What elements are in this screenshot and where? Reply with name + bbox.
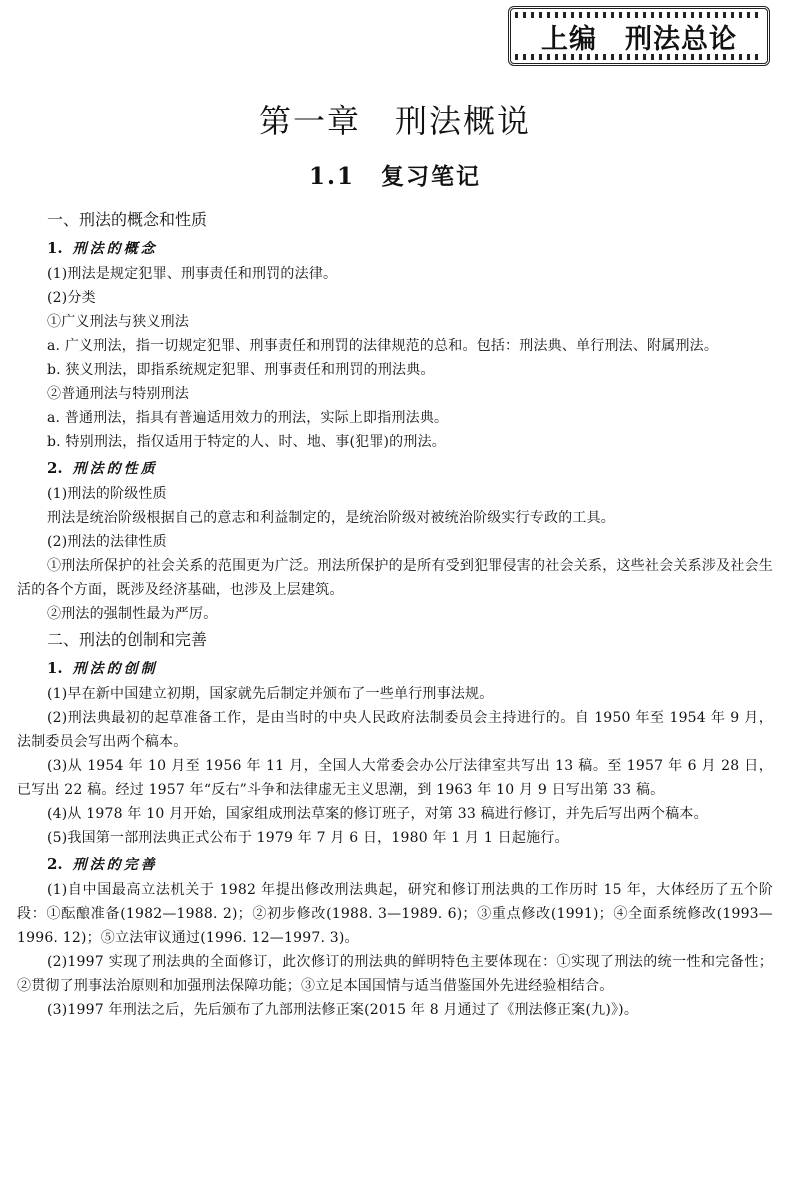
paragraph: 刑法是统治阶级根据自己的意志和利益制定的，是统治阶级对被统治阶级实行专政的工具。 <box>17 506 773 530</box>
paragraph: (1)刑法是规定犯罪、刑事责任和刑罚的法律。 <box>17 262 773 286</box>
subheading-creation: 1.刑法的创制 <box>17 654 773 682</box>
paragraph: (1)刑法的阶级性质 <box>17 482 773 506</box>
subheading-concept: 1.刑法的概念 <box>17 234 773 262</box>
subheading-label: 刑法的完善 <box>73 857 158 873</box>
paragraph: (2)1997 实现了刑法典的全面修订，此次修订的刑法典的鲜明特色主要体现在：①… <box>17 950 773 998</box>
subheading-label: 刑法的概念 <box>73 241 158 257</box>
subheading-number: 1. <box>47 659 63 677</box>
heading-concept-nature: 一、刑法的概念和性质 <box>17 206 773 234</box>
paragraph: ①广义刑法与狭义刑法 <box>17 310 773 334</box>
subheading-number: 2. <box>47 459 63 477</box>
chapter-title: 第一章刑法概说 <box>0 96 790 142</box>
chapter-label: 第一章 <box>259 102 361 140</box>
subheading-label: 刑法的性质 <box>73 461 158 477</box>
paragraph: a. 普通刑法，指具有普遍适用效力的刑法，实际上即指刑法典。 <box>17 406 773 430</box>
heading-creation-improvement: 二、刑法的创制和完善 <box>17 626 773 654</box>
paragraph: (4)从 1978 年 10 月开始，国家组成刑法草案的修订班子，对第 33 稿… <box>17 802 773 826</box>
document-body: 一、刑法的概念和性质 1.刑法的概念 (1)刑法是规定犯罪、刑事责任和刑罚的法律… <box>17 206 773 1022</box>
paragraph: (5)我国第一部刑法典正式公布于 1979 年 7 月 6 日，1980 年 1… <box>17 826 773 850</box>
paragraph: (1)早在新中国建立初期，国家就先后制定并颁布了一些单行刑事法规。 <box>17 682 773 706</box>
paragraph: (2)分类 <box>17 286 773 310</box>
paragraph: (3)从 1954 年 10 月至 1956 年 11 月，全国人大常委会办公厅… <box>17 754 773 802</box>
section-name: 复习笔记 <box>381 163 481 190</box>
part-title: 刑法总论 <box>625 24 737 55</box>
paragraph: a. 广义刑法，指一切规定犯罪、刑事责任和刑罚的法律规范的总和。包括：刑法典、单… <box>17 334 773 358</box>
subheading-number: 1. <box>47 239 63 257</box>
chapter-name: 刑法概说 <box>395 102 531 140</box>
paragraph: (2)刑法的法律性质 <box>17 530 773 554</box>
paragraph: (3)1997 年刑法之后，先后颁布了九部刑法修正案(2015 年 8 月通过了… <box>17 998 773 1022</box>
paragraph: (1)自中国最高立法机关于 1982 年提出修改刑法典起，研究和修订刑法典的工作… <box>17 878 773 950</box>
part-label: 上编 <box>541 24 597 55</box>
paragraph: ①刑法所保护的社会关系的范围更为广泛。刑法所保护的是所有受到犯罪侵害的社会关系，… <box>17 554 773 602</box>
subheading-number: 2. <box>47 855 63 873</box>
part-banner: 上编刑法总论 <box>508 6 770 66</box>
subheading-improvement: 2.刑法的完善 <box>17 850 773 878</box>
section-title: 1.1复习笔记 <box>0 158 790 191</box>
paragraph: ②刑法的强制性最为严厉。 <box>17 602 773 626</box>
paragraph: b. 特别刑法，指仅适用于特定的人、时、地、事(犯罪)的刑法。 <box>17 430 773 454</box>
subheading-label: 刑法的创制 <box>73 661 158 677</box>
section-number: 1.1 <box>309 163 355 190</box>
subheading-nature: 2.刑法的性质 <box>17 454 773 482</box>
paragraph: b. 狭义刑法，即指系统规定犯罪、刑事责任和刑罚的刑法典。 <box>17 358 773 382</box>
part-banner-text: 上编刑法总论 <box>541 17 737 56</box>
paragraph: (2)刑法典最初的起草准备工作，是由当时的中央人民政府法制委员会主持进行的。自 … <box>17 706 773 754</box>
paragraph: ②普通刑法与特别刑法 <box>17 382 773 406</box>
